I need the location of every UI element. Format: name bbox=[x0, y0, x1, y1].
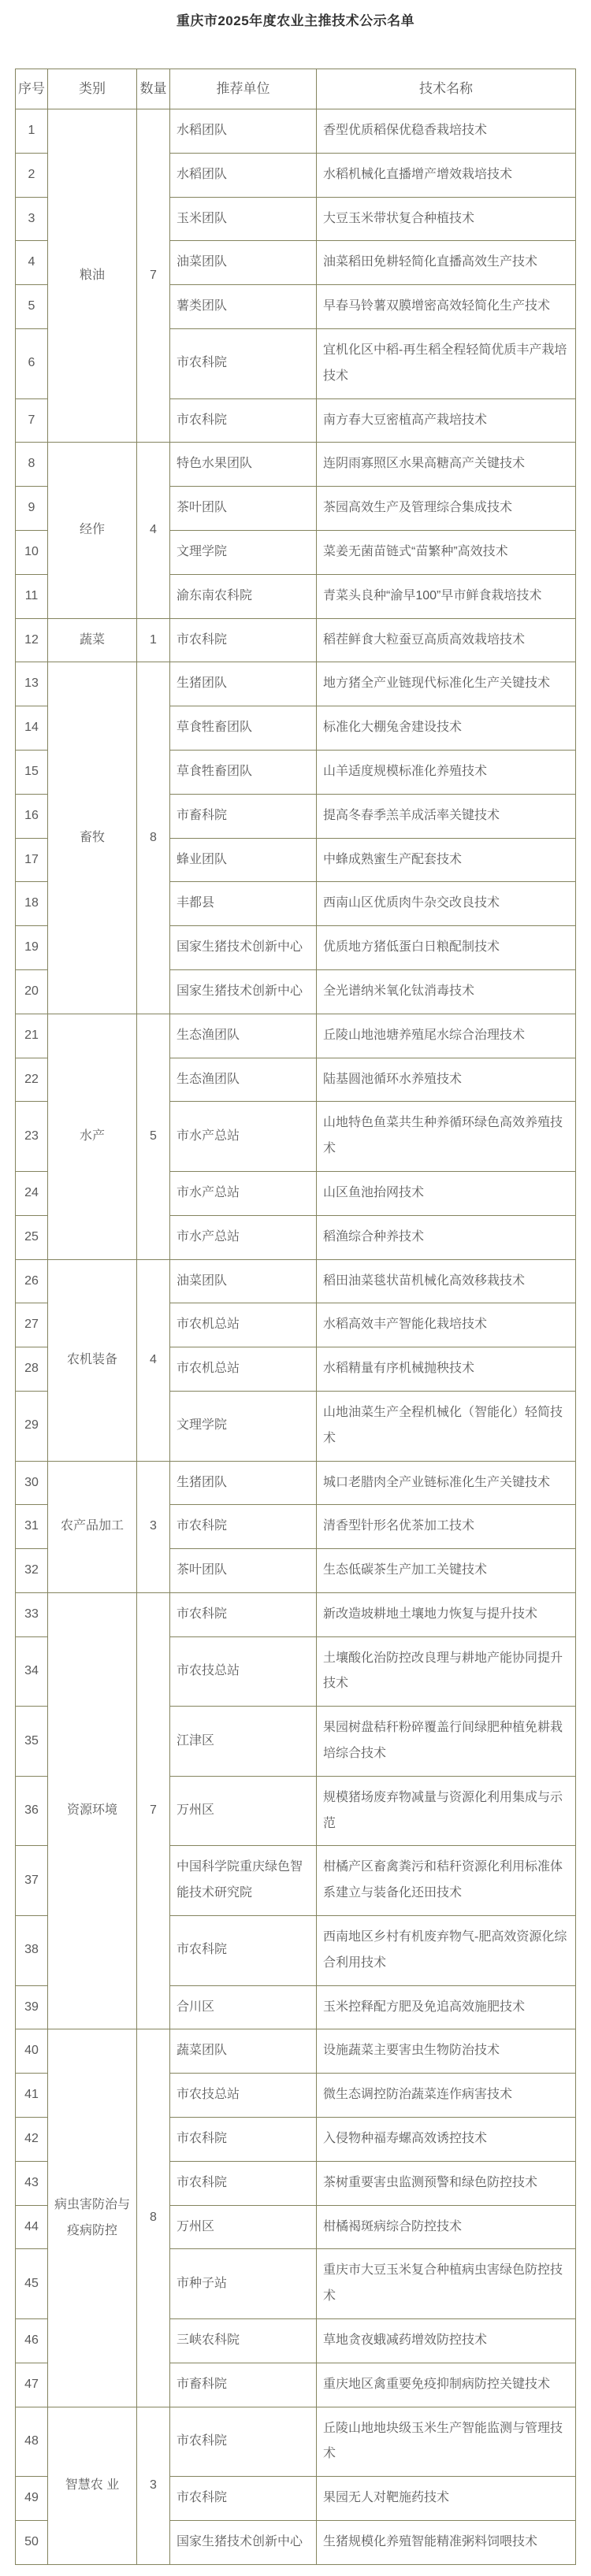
technology-list-table: 序号 类别 数量 推荐单位 技术名称 1粮油7水稻团队香型优质稻保优稳香栽培技术… bbox=[15, 69, 576, 2565]
technology-name-cell: 西南山区优质肉牛杂交改良技术 bbox=[317, 882, 576, 926]
row-number-cell: 10 bbox=[16, 530, 48, 574]
recommending-unit-cell: 市农技总站 bbox=[170, 2074, 317, 2118]
technology-name-cell: 油菜稻田免耕轻简化直播高效生产技术 bbox=[317, 241, 576, 285]
recommending-unit-cell: 生猪团队 bbox=[170, 1461, 317, 1505]
technology-name-cell: 标准化大棚兔舍建设技术 bbox=[317, 706, 576, 751]
row-number-cell: 5 bbox=[16, 285, 48, 329]
technology-name-cell: 清香型针形名优茶加工技术 bbox=[317, 1505, 576, 1549]
recommending-unit-cell: 市畜科院 bbox=[170, 794, 317, 838]
row-number-cell: 34 bbox=[16, 1636, 48, 1707]
recommending-unit-cell: 合川区 bbox=[170, 1985, 317, 2029]
row-number-cell: 8 bbox=[16, 443, 48, 487]
table-body: 1粮油7水稻团队香型优质稻保优稳香栽培技术2水稻团队水稻机械化直播增产增效栽培技… bbox=[16, 109, 576, 2565]
technology-name-cell: 柑橘产区畜禽粪污和秸秆资源化利用标准体系建立与装备化还田技术 bbox=[317, 1846, 576, 1916]
technology-name-cell: 重庆市大豆玉米复合种植病虫害绿色防控技术 bbox=[317, 2249, 576, 2319]
recommending-unit-cell: 油菜团队 bbox=[170, 241, 317, 285]
recommending-unit-cell: 市农科院 bbox=[170, 328, 317, 398]
row-number-cell: 32 bbox=[16, 1549, 48, 1593]
technology-name-cell: 水稻机械化直播增产增效栽培技术 bbox=[317, 153, 576, 197]
recommending-unit-cell: 万州区 bbox=[170, 1776, 317, 1846]
recommending-unit-cell: 水稻团队 bbox=[170, 109, 317, 154]
recommending-unit-cell: 蔬菜团队 bbox=[170, 2029, 317, 2074]
recommending-unit-cell: 市水产总站 bbox=[170, 1171, 317, 1215]
recommending-unit-cell: 玉米团队 bbox=[170, 197, 317, 241]
category-count-cell: 3 bbox=[137, 1461, 170, 1592]
technology-name-cell: 香型优质稻保优稳香栽培技术 bbox=[317, 109, 576, 154]
category-cell: 经作 bbox=[48, 443, 137, 618]
row-number-cell: 24 bbox=[16, 1171, 48, 1215]
row-number-cell: 48 bbox=[16, 2407, 48, 2477]
technology-name-cell: 生态低碳茶生产加工关键技术 bbox=[317, 1549, 576, 1593]
technology-name-cell: 新改造坡耕地土壤地力恢复与提升技术 bbox=[317, 1592, 576, 1636]
recommending-unit-cell: 生态渔团队 bbox=[170, 1014, 317, 1058]
row-number-cell: 19 bbox=[16, 926, 48, 970]
recommending-unit-cell: 市畜科院 bbox=[170, 2363, 317, 2407]
table-row: 40病虫害防治与疫病防控8蔬菜团队设施蔬菜主要害虫生物防治技术 bbox=[16, 2029, 576, 2074]
category-cell: 畜牧 bbox=[48, 662, 137, 1014]
recommending-unit-cell: 蜂业团队 bbox=[170, 838, 317, 882]
recommending-unit-cell: 市水产总站 bbox=[170, 1215, 317, 1259]
technology-name-cell: 提高冬春季羔羊成活率关键技术 bbox=[317, 794, 576, 838]
technology-name-cell: 柑橘褐斑病综合防控技术 bbox=[317, 2205, 576, 2249]
row-number-cell: 29 bbox=[16, 1391, 48, 1461]
recommending-unit-cell: 渝东南农科院 bbox=[170, 574, 317, 618]
technology-name-cell: 山地特色鱼菜共生种养循环绿色高效养殖技术 bbox=[317, 1102, 576, 1172]
row-number-cell: 23 bbox=[16, 1102, 48, 1172]
table-row: 33资源环境7市农科院新改造坡耕地土壤地力恢复与提升技术 bbox=[16, 1592, 576, 1636]
recommending-unit-cell: 国家生猪技术创新中心 bbox=[170, 926, 317, 970]
row-number-cell: 44 bbox=[16, 2205, 48, 2249]
technology-name-cell: 大豆玉米带状复合种植技术 bbox=[317, 197, 576, 241]
recommending-unit-cell: 江津区 bbox=[170, 1707, 317, 1777]
row-number-cell: 20 bbox=[16, 969, 48, 1014]
recommending-unit-cell: 特色水果团队 bbox=[170, 443, 317, 487]
recommending-unit-cell: 市农科院 bbox=[170, 1916, 317, 1986]
table-row: 30农产品加工3生猪团队城口老腊肉全产业链标准化生产关键技术 bbox=[16, 1461, 576, 1505]
recommending-unit-cell: 薯类团队 bbox=[170, 285, 317, 329]
category-cell: 粮油 bbox=[48, 109, 137, 443]
technology-name-cell: 丘陵山地池塘养殖尾水综合治理技术 bbox=[317, 1014, 576, 1058]
recommending-unit-cell: 油菜团队 bbox=[170, 1259, 317, 1303]
technology-name-cell: 山地油菜生产全程机械化（智能化）轻简技术 bbox=[317, 1391, 576, 1461]
category-cell: 蔬菜 bbox=[48, 618, 137, 662]
row-number-cell: 9 bbox=[16, 487, 48, 531]
recommending-unit-cell: 市农机总站 bbox=[170, 1347, 317, 1392]
row-number-cell: 4 bbox=[16, 241, 48, 285]
technology-name-cell: 陆基圆池循环水养殖技术 bbox=[317, 1058, 576, 1102]
row-number-cell: 13 bbox=[16, 662, 48, 706]
row-number-cell: 14 bbox=[16, 706, 48, 751]
technology-name-cell: 设施蔬菜主要害虫生物防治技术 bbox=[317, 2029, 576, 2074]
technology-name-cell: 丘陵山地地块级玉米生产智能监测与管理技术 bbox=[317, 2407, 576, 2477]
row-number-cell: 11 bbox=[16, 574, 48, 618]
row-number-cell: 21 bbox=[16, 1014, 48, 1058]
row-number-cell: 1 bbox=[16, 109, 48, 154]
technology-name-cell: 果园树盘秸秆粉碎覆盖行间绿肥种植免耕栽培综合技术 bbox=[317, 1707, 576, 1777]
recommending-unit-cell: 草食牲畜团队 bbox=[170, 706, 317, 751]
recommending-unit-cell: 市农科院 bbox=[170, 618, 317, 662]
technology-name-cell: 西南地区乡村有机废弃物气-肥高效资源化综合利用技术 bbox=[317, 1916, 576, 1986]
recommending-unit-cell: 市农科院 bbox=[170, 2118, 317, 2162]
technology-name-cell: 水稻高效丰产智能化栽培技术 bbox=[317, 1303, 576, 1347]
technology-name-cell: 茶园高效生产及管理综合集成技术 bbox=[317, 487, 576, 531]
column-header-recommending-unit: 推荐单位 bbox=[170, 69, 317, 109]
row-number-cell: 41 bbox=[16, 2074, 48, 2118]
row-number-cell: 22 bbox=[16, 1058, 48, 1102]
table-row: 48智慧农 业3市农科院丘陵山地地块级玉米生产智能监测与管理技术 bbox=[16, 2407, 576, 2477]
technology-name-cell: 稻田油菜毯状苗机械化高效移栽技术 bbox=[317, 1259, 576, 1303]
row-number-cell: 16 bbox=[16, 794, 48, 838]
column-header-technology-name: 技术名称 bbox=[317, 69, 576, 109]
category-count-cell: 4 bbox=[137, 443, 170, 618]
recommending-unit-cell: 市农机总站 bbox=[170, 1303, 317, 1347]
row-number-cell: 30 bbox=[16, 1461, 48, 1505]
public-notice-page: 重庆市2025年度农业主推技术公示名单 序号 类别 数量 推荐单位 技术名称 1… bbox=[0, 9, 591, 2565]
column-header-index: 序号 bbox=[16, 69, 48, 109]
row-number-cell: 7 bbox=[16, 398, 48, 443]
technology-name-cell: 全光谱纳米氧化钛消毒技术 bbox=[317, 969, 576, 1014]
technology-name-cell: 稻渔综合种养技术 bbox=[317, 1215, 576, 1259]
recommending-unit-cell: 市农技总站 bbox=[170, 1636, 317, 1707]
row-number-cell: 3 bbox=[16, 197, 48, 241]
recommending-unit-cell: 文理学院 bbox=[170, 530, 317, 574]
recommending-unit-cell: 草食牲畜团队 bbox=[170, 750, 317, 794]
row-number-cell: 12 bbox=[16, 618, 48, 662]
category-cell: 智慧农 业 bbox=[48, 2407, 137, 2564]
recommending-unit-cell: 茶叶团队 bbox=[170, 1549, 317, 1593]
technology-name-cell: 稻茬鲜食大粒蚕豆高质高效栽培技术 bbox=[317, 618, 576, 662]
technology-name-cell: 山区鱼池抬网技术 bbox=[317, 1171, 576, 1215]
recommending-unit-cell: 茶叶团队 bbox=[170, 487, 317, 531]
technology-name-cell: 青菜头良种“渝早100”早市鲜食栽培技术 bbox=[317, 574, 576, 618]
technology-name-cell: 南方春大豆密植高产栽培技术 bbox=[317, 398, 576, 443]
page-title: 重庆市2025年度农业主推技术公示名单 bbox=[0, 9, 591, 29]
recommending-unit-cell: 丰都县 bbox=[170, 882, 317, 926]
category-cell: 病虫害防治与疫病防控 bbox=[48, 2029, 137, 2407]
row-number-cell: 47 bbox=[16, 2363, 48, 2407]
category-count-cell: 5 bbox=[137, 1014, 170, 1259]
category-count-cell: 7 bbox=[137, 1592, 170, 2029]
table-row: 26农机装备4油菜团队稻田油菜毯状苗机械化高效移栽技术 bbox=[16, 1259, 576, 1303]
row-number-cell: 38 bbox=[16, 1916, 48, 1986]
row-number-cell: 15 bbox=[16, 750, 48, 794]
table-row: 1粮油7水稻团队香型优质稻保优稳香栽培技术 bbox=[16, 109, 576, 154]
column-header-count: 数量 bbox=[137, 69, 170, 109]
table-row: 12蔬菜1市农科院稻茬鲜食大粒蚕豆高质高效栽培技术 bbox=[16, 618, 576, 662]
table-row: 8经作4特色水果团队连阴雨寡照区水果高糖高产关键技术 bbox=[16, 443, 576, 487]
row-number-cell: 26 bbox=[16, 1259, 48, 1303]
recommending-unit-cell: 市农科院 bbox=[170, 398, 317, 443]
technology-name-cell: 山羊适度规模标准化养殖技术 bbox=[317, 750, 576, 794]
technology-name-cell: 果园无人对靶施药技术 bbox=[317, 2477, 576, 2521]
category-cell: 资源环境 bbox=[48, 1592, 137, 2029]
recommending-unit-cell: 市农科院 bbox=[170, 2407, 317, 2477]
row-number-cell: 6 bbox=[16, 328, 48, 398]
row-number-cell: 31 bbox=[16, 1505, 48, 1549]
recommending-unit-cell: 水稻团队 bbox=[170, 153, 317, 197]
row-number-cell: 25 bbox=[16, 1215, 48, 1259]
category-count-cell: 8 bbox=[137, 662, 170, 1014]
recommending-unit-cell: 市农科院 bbox=[170, 1592, 317, 1636]
table-header-row: 序号 类别 数量 推荐单位 技术名称 bbox=[16, 69, 576, 109]
recommending-unit-cell: 市农科院 bbox=[170, 2161, 317, 2205]
table-row: 21水产5生态渔团队丘陵山地池塘养殖尾水综合治理技术 bbox=[16, 1014, 576, 1058]
recommending-unit-cell: 文理学院 bbox=[170, 1391, 317, 1461]
row-number-cell: 28 bbox=[16, 1347, 48, 1392]
technology-name-cell: 菜姜无菌苗链式“苗繁种”高效技术 bbox=[317, 530, 576, 574]
row-number-cell: 35 bbox=[16, 1707, 48, 1777]
category-count-cell: 1 bbox=[137, 618, 170, 662]
technology-name-cell: 水稻精量有序机械抛秧技术 bbox=[317, 1347, 576, 1392]
recommending-unit-cell: 生猪团队 bbox=[170, 662, 317, 706]
technology-name-cell: 土壤酸化治防控改良理与耕地产能协同提升技术 bbox=[317, 1636, 576, 1707]
technology-name-cell: 玉米控释配方肥及免追高效施肥技术 bbox=[317, 1985, 576, 2029]
category-count-cell: 8 bbox=[137, 2029, 170, 2407]
technology-name-cell: 中蜂成熟蜜生产配套技术 bbox=[317, 838, 576, 882]
category-cell: 水产 bbox=[48, 1014, 137, 1259]
row-number-cell: 37 bbox=[16, 1846, 48, 1916]
technology-name-cell: 早春马铃薯双膜增密高效轻简化生产技术 bbox=[317, 285, 576, 329]
category-count-cell: 4 bbox=[137, 1259, 170, 1461]
category-cell: 农产品加工 bbox=[48, 1461, 137, 1592]
row-number-cell: 17 bbox=[16, 838, 48, 882]
row-number-cell: 42 bbox=[16, 2118, 48, 2162]
technology-name-cell: 入侵物种福寿螺高效诱控技术 bbox=[317, 2118, 576, 2162]
row-number-cell: 50 bbox=[16, 2521, 48, 2565]
row-number-cell: 43 bbox=[16, 2161, 48, 2205]
table-row: 13畜牧8生猪团队地方猪全产业链现代标准化生产关键技术 bbox=[16, 662, 576, 706]
technology-name-cell: 生猪规模化养殖智能精准粥料饲喂技术 bbox=[317, 2521, 576, 2565]
recommending-unit-cell: 市种子站 bbox=[170, 2249, 317, 2319]
recommending-unit-cell: 万州区 bbox=[170, 2205, 317, 2249]
technology-name-cell: 规模猪场废弃物减量与资源化利用集成与示范 bbox=[317, 1776, 576, 1846]
row-number-cell: 45 bbox=[16, 2249, 48, 2319]
technology-name-cell: 城口老腊肉全产业链标准化生产关键技术 bbox=[317, 1461, 576, 1505]
recommending-unit-cell: 国家生猪技术创新中心 bbox=[170, 969, 317, 1014]
recommending-unit-cell: 三峡农科院 bbox=[170, 2319, 317, 2363]
row-number-cell: 18 bbox=[16, 882, 48, 926]
technology-name-cell: 优质地方猪低蛋白日粮配制技术 bbox=[317, 926, 576, 970]
recommending-unit-cell: 中国科学院重庆绿色智能技术研究院 bbox=[170, 1846, 317, 1916]
column-header-category: 类别 bbox=[48, 69, 137, 109]
row-number-cell: 49 bbox=[16, 2477, 48, 2521]
category-cell: 农机装备 bbox=[48, 1259, 137, 1461]
technology-name-cell: 茶树重要害虫监测预警和绿色防控技术 bbox=[317, 2161, 576, 2205]
technology-name-cell: 连阴雨寡照区水果高糖高产关键技术 bbox=[317, 443, 576, 487]
recommending-unit-cell: 市农科院 bbox=[170, 2477, 317, 2521]
technology-name-cell: 宜机化区中稻-再生稻全程轻简优质丰产栽培技术 bbox=[317, 328, 576, 398]
technology-name-cell: 微生态调控防治蔬菜连作病害技术 bbox=[317, 2074, 576, 2118]
technology-name-cell: 草地贪夜蛾减药增效防控技术 bbox=[317, 2319, 576, 2363]
recommending-unit-cell: 生态渔团队 bbox=[170, 1058, 317, 1102]
row-number-cell: 2 bbox=[16, 153, 48, 197]
row-number-cell: 46 bbox=[16, 2319, 48, 2363]
row-number-cell: 39 bbox=[16, 1985, 48, 2029]
recommending-unit-cell: 市水产总站 bbox=[170, 1102, 317, 1172]
technology-name-cell: 地方猪全产业链现代标准化生产关键技术 bbox=[317, 662, 576, 706]
row-number-cell: 33 bbox=[16, 1592, 48, 1636]
category-count-cell: 7 bbox=[137, 109, 170, 443]
recommending-unit-cell: 国家生猪技术创新中心 bbox=[170, 2521, 317, 2565]
row-number-cell: 36 bbox=[16, 1776, 48, 1846]
recommending-unit-cell: 市农科院 bbox=[170, 1505, 317, 1549]
row-number-cell: 27 bbox=[16, 1303, 48, 1347]
row-number-cell: 40 bbox=[16, 2029, 48, 2074]
technology-name-cell: 重庆地区禽重要免疫抑制病防控关键技术 bbox=[317, 2363, 576, 2407]
category-count-cell: 3 bbox=[137, 2407, 170, 2564]
